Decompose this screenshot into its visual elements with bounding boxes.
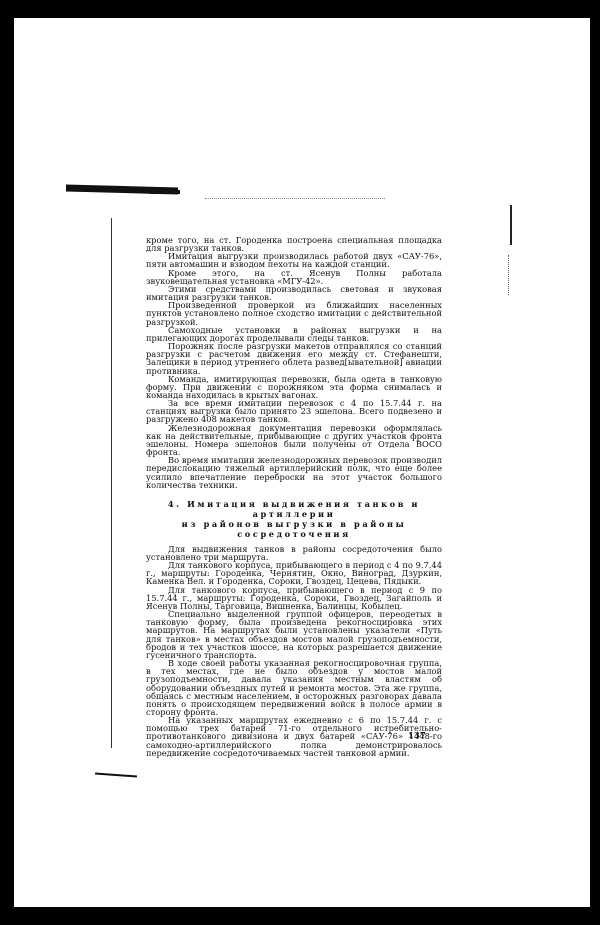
scan-artifact-faint-line bbox=[205, 198, 385, 200]
paragraph: За все время имитации перевозок с 4 по 1… bbox=[146, 399, 442, 423]
page-body: кроме того, на ст. Городенка построена с… bbox=[146, 236, 442, 757]
section-heading-line-2: из районов выгрузки в районы сосредоточе… bbox=[146, 519, 442, 539]
paragraph: Кроме этого, на ст. Ясенув Полны работал… bbox=[146, 269, 442, 285]
paragraphs-after-section: Для выдвижения танков в районы сосредото… bbox=[146, 545, 442, 757]
paragraph: Этими средствами производилась световая … bbox=[146, 285, 442, 301]
section-heading-line-1: 4. Имитация выдвижения танков и артиллер… bbox=[146, 499, 442, 519]
paragraph: Для выдвижения танков в районы сосредото… bbox=[146, 545, 442, 561]
paragraph: Железнодорожная документация перевозки о… bbox=[146, 424, 442, 457]
page-number: 137 bbox=[408, 731, 426, 741]
paragraph: Произведенной проверкой из ближайших нас… bbox=[146, 301, 442, 325]
paragraphs-before-section: кроме того, на ст. Городенка построена с… bbox=[146, 236, 442, 489]
paragraph: Во время имитации железнодорожных перево… bbox=[146, 456, 442, 489]
paragraph: кроме того, на ст. Городенка построена с… bbox=[146, 236, 442, 252]
scan-artifact-bar-tail bbox=[150, 190, 180, 194]
paragraph: На указанных маршрутах ежедневно с 6 по … bbox=[146, 716, 442, 757]
section-heading: 4. Имитация выдвижения танков и артиллер… bbox=[146, 499, 442, 539]
paragraph: Для танкового корпуса, прибывающего в пе… bbox=[146, 561, 442, 585]
margin-rule-right bbox=[510, 205, 512, 245]
paragraph: Команда, имитирующая перевозки, была оде… bbox=[146, 375, 442, 399]
paragraph: Специально выделенной группой офицеров, … bbox=[146, 610, 442, 659]
margin-rule-left bbox=[111, 218, 112, 748]
paragraph: Порожняк после разгрузки макетов отправл… bbox=[146, 342, 442, 375]
paragraph: Для танкового корпуса, прибывающего в пе… bbox=[146, 586, 442, 610]
paragraph: Самоходные установки в районах выгрузки … bbox=[146, 326, 442, 342]
paragraph: Имитация выгрузки производилась работой … bbox=[146, 252, 442, 268]
paragraph: В ходе своей работы указанная рекогносци… bbox=[146, 659, 442, 716]
margin-rule-right-dotted bbox=[508, 255, 510, 295]
